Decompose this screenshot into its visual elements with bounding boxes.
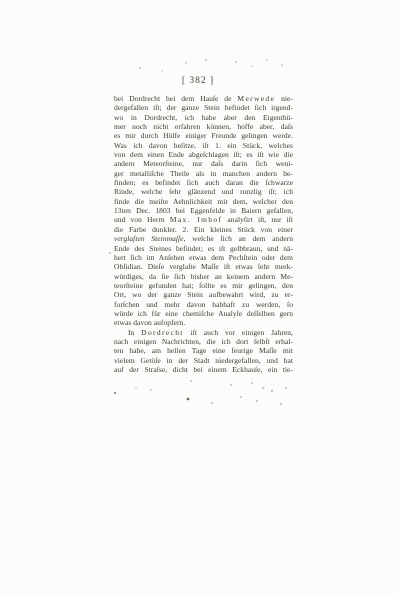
text-line: Rinde, welche ſehr glänzend und runzlig … xyxy=(114,187,293,196)
text-segment: Was ich davon beſitze, iſt 1. ein Stück,… xyxy=(114,141,293,150)
text-segment: ten habe, am hellen Tage eine feurige Ma… xyxy=(114,346,293,355)
text-segment: würdiges, da ſie ſich bisher an keinem a… xyxy=(114,272,293,281)
text-segment: Rinde, welche ſehr glänzend und runzlig … xyxy=(114,187,293,196)
text-segment: Ort, wo der ganze Stein aufbewahrt wird,… xyxy=(114,290,293,299)
text-line: dergefallen iſt; der ganze Stein befinde… xyxy=(114,103,293,112)
text-line: bei Dordrecht bei dem Hauſe de Merwede n… xyxy=(114,94,293,103)
text-line: von dem einen Ende abgeſchlagen iſt; es … xyxy=(114,150,293,159)
text-segment: nie- xyxy=(275,94,293,103)
text-segment: ger metalliſche Theile als in manchen an… xyxy=(114,169,293,178)
text-line: forſchen und mehr davon habhaft zu werde… xyxy=(114,300,293,309)
text-line: etwas davon aufopfern. xyxy=(114,318,293,327)
text-line: finde die meiſte Aehnlichkeit mit dem, w… xyxy=(114,197,293,206)
text-line: mer noch nicht erfahren können, hoffe ab… xyxy=(114,122,293,131)
text-segment: etwas davon aufopfern. xyxy=(114,318,185,327)
text-segment: nach einigen Nachrichten, die ich dort ſ… xyxy=(114,337,293,346)
page-header: [ 382 ] xyxy=(108,76,288,86)
text-segment: die Farbe dunkler. 2. Ein kleines Stück … xyxy=(114,225,293,234)
text-line: würde ich für eine chemiſche Analyſe deſ… xyxy=(114,309,293,318)
text-segment-spaced: Merwede xyxy=(237,94,275,103)
text-line: wo in Dordrecht, ich habe aber den Eigen… xyxy=(114,113,293,122)
text-segment: es mir durch Hülfe einiger Freunde gelin… xyxy=(114,131,293,140)
text-line: verglaſten Steinmaſſe, welche ſich an de… xyxy=(114,234,293,243)
text-line: nach einigen Nachrichten, die ich dort ſ… xyxy=(114,337,293,346)
text-line: 13ten Dec. 1803 bei Eggenfelde in Baiern… xyxy=(114,206,293,215)
text-line: Was ich davon beſitze, iſt 1. ein Stück,… xyxy=(114,141,293,150)
text-line: und von Herrn Max. Imhof analyſirt iſt, … xyxy=(114,215,293,224)
text-segment: würde ich für eine chemiſche Analyſe deſ… xyxy=(114,309,293,318)
text-segment: 13ten Dec. 1803 bei Eggenfelde in Baiern… xyxy=(114,206,293,215)
text-line: auf der Straſse, dicht bei einem Eckhauſ… xyxy=(114,365,293,374)
text-line: ger metalliſche Theile als in manchen an… xyxy=(114,169,293,178)
text-segment: vielem Getöſe in der Stadt niedergefalle… xyxy=(114,356,293,365)
text-line: würdiges, da ſie ſich bisher an keinem a… xyxy=(114,272,293,281)
text-segment: bei Dordrecht bei dem Hauſe de xyxy=(114,94,237,103)
text-segment: mer noch nicht erfahren können, hoffe ab… xyxy=(114,122,293,131)
text-line: Ort, wo der ganze Stein aufbewahrt wird,… xyxy=(114,290,293,299)
text-segment: finden; es befindet ſich auch daran die … xyxy=(114,178,293,187)
text-segment: iſt auch vor einigen Jahren, xyxy=(184,328,293,337)
page-number: [ 382 ] xyxy=(182,76,214,86)
text-segment: Ende des Steines befindet; es iſt gelbbr… xyxy=(114,244,293,253)
text-segment: auf der Straſse, dicht bei einem Eckhauſ… xyxy=(114,365,293,374)
text-segment: Obſidian. Dieſe verglaſte Maſſe iſt etwa… xyxy=(114,262,293,271)
text-line: vielem Getöſe in der Stadt niedergefalle… xyxy=(114,356,293,365)
text-segment: teorſteine gefunden hat; ſollte es mir g… xyxy=(114,281,293,290)
book-page: [ 382 ] bei Dordrecht bei dem Hauſe de M… xyxy=(0,0,399,598)
text-block: bei Dordrecht bei dem Hauſe de Merwede n… xyxy=(114,94,293,374)
text-line: hert ſich im Anſehen etwas dem Pechſtein… xyxy=(114,253,293,262)
text-segment: dergefallen iſt; der ganze Stein befinde… xyxy=(114,103,293,112)
text-segment: forſchen und mehr davon habhaft zu werde… xyxy=(114,300,293,309)
text-segment-spaced: Dordrecht xyxy=(141,328,184,337)
text-segment: andern Meteorſteine, nur daſs darin ſich… xyxy=(114,159,293,168)
text-line: teorſteine gefunden hat; ſollte es mir g… xyxy=(114,281,293,290)
text-line: die Farbe dunkler. 2. Ein kleines Stück … xyxy=(114,225,293,234)
text-line: finden; es befindet ſich auch daran die … xyxy=(114,178,293,187)
text-segment: analyſirt iſt, nur iſt xyxy=(222,215,293,224)
text-segment: von dem einen Ende abgeſchlagen iſt; es … xyxy=(114,150,293,159)
text-segment: und von Herrn xyxy=(114,215,170,224)
text-line: andern Meteorſteine, nur daſs darin ſich… xyxy=(114,159,293,168)
text-line: Ende des Steines befindet; es iſt gelbbr… xyxy=(114,244,293,253)
text-segment: In xyxy=(128,328,141,337)
text-segment: wo in Dordrecht, ich habe aber den Eigen… xyxy=(114,113,293,122)
text-segment: , welche ſich an dem andern xyxy=(184,234,293,243)
text-segment-spaced: Max. Imhof xyxy=(170,215,223,224)
text-line: In Dordrecht iſt auch vor einigen Jahren… xyxy=(114,328,293,337)
text-line: es mir durch Hülfe einiger Freunde gelin… xyxy=(114,131,293,140)
text-segment: finde die meiſte Aehnlichkeit mit dem, w… xyxy=(114,197,293,206)
text-segment-italic: verglaſten Steinmaſſe xyxy=(114,234,184,243)
text-line: ten habe, am hellen Tage eine feurige Ma… xyxy=(114,346,293,355)
text-line: Obſidian. Dieſe verglaſte Maſſe iſt etwa… xyxy=(114,262,293,271)
text-segment: hert ſich im Anſehen etwas dem Pechſtein… xyxy=(114,253,293,262)
